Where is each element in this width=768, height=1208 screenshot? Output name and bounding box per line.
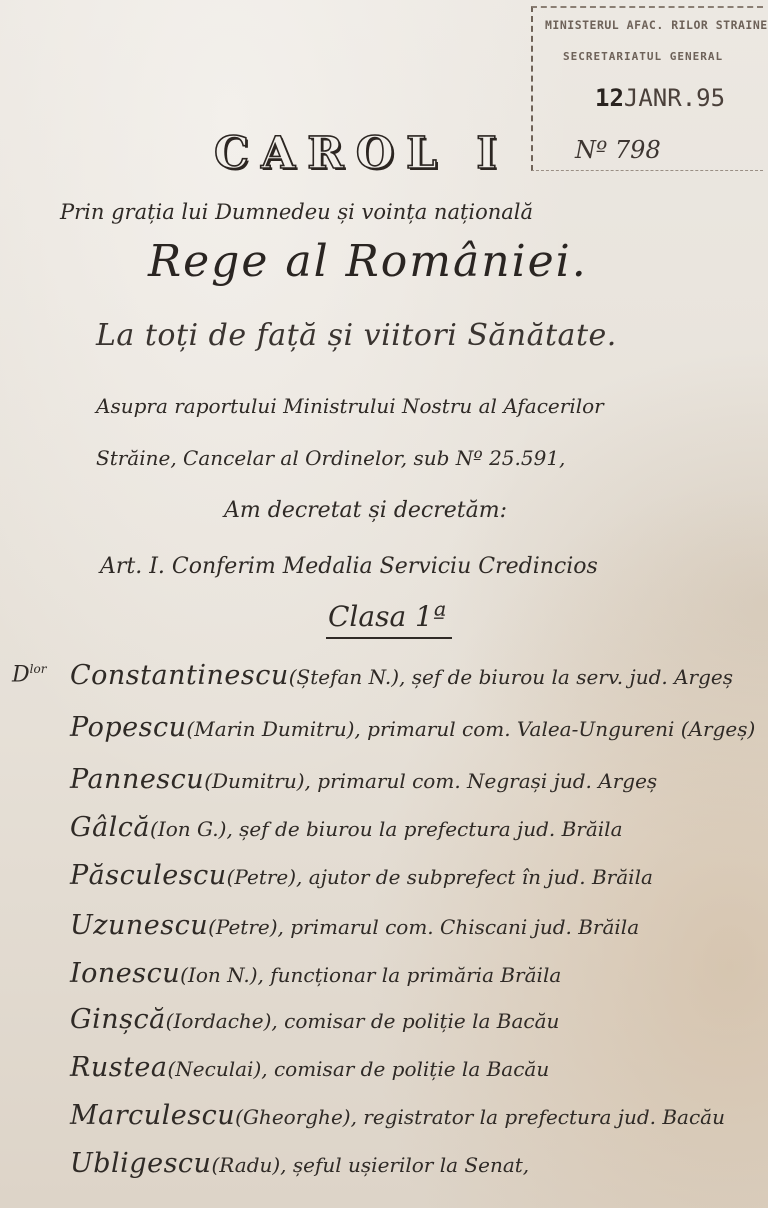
recipient-row: Dlor Constantinescu(Ștefan N.), șef de b… <box>0 660 768 720</box>
recipient-name: Ginșcă <box>70 1004 166 1035</box>
recipient-name: Constantinescu <box>70 660 289 691</box>
recipient-details: (Petre), ajutor de subprefect în jud. Br… <box>227 865 653 889</box>
recipient-details: (Neculai), comisar de poliție la Bacău <box>168 1057 550 1081</box>
decree-page: MINISTERUL AFAC. RILOR STRAINE SECRETARI… <box>0 0 768 1208</box>
honorific-prefix: Dlor <box>12 662 46 687</box>
stamp-date-day: 12 <box>595 84 624 112</box>
report-line-1: Asupra raportului Ministrului Nostru al … <box>96 394 604 418</box>
recipient-entry: Pannescu(Dumitru), primarul com. Negrași… <box>70 764 657 795</box>
recipient-name: Popescu <box>70 712 186 743</box>
stamp-ministry: MINISTERUL AFAC. RILOR STRAINE <box>545 18 760 32</box>
recipient-name: Pannescu <box>70 764 204 795</box>
honorific-letter: D <box>12 662 30 687</box>
recipient-details: (Ion N.), funcționar la primăria Brăila <box>180 963 561 987</box>
recipient-entry: Păsculescu(Petre), ajutor de subprefect … <box>70 860 653 891</box>
king-title: Rege al României. <box>148 236 588 287</box>
recipient-details: (Gheorghe), registrator la prefectura ju… <box>235 1105 725 1129</box>
recipient-details: (Ștefan N.), șef de biurou la serv. jud.… <box>289 665 733 689</box>
article-1: Art. I. Conferim Medalia Serviciu Credin… <box>100 554 598 579</box>
honorific-sup: lor <box>30 662 47 676</box>
recipient-details: (Petre), primarul com. Chiscani jud. Bră… <box>208 915 639 939</box>
recipient-name: Rustea <box>70 1052 168 1083</box>
recipient-entry: Gâlcă(Ion G.), șef de biurou la prefectu… <box>70 812 623 843</box>
recipient-name: Uzunescu <box>70 910 208 941</box>
recipient-row: Ubligescu(Radu), șeful ușierilor la Sena… <box>0 1148 768 1208</box>
recipient-entry: Ubligescu(Radu), șeful ușierilor la Sena… <box>70 1148 529 1179</box>
recipient-name: Păsculescu <box>70 860 227 891</box>
recipient-details: (Marin Dumitru), primarul com. Valea-Ung… <box>186 717 755 741</box>
recipient-entry: Popescu(Marin Dumitru), primarul com. Va… <box>70 712 755 743</box>
stamp-date: 12JANR.95 <box>595 84 725 112</box>
greeting: La toți de față și viitori Sănătate. <box>96 318 617 353</box>
recipient-details: (Dumitru), primarul com. Negrași jud. Ar… <box>204 769 657 793</box>
recipient-details: (Iordache), comisar de poliție la Bacău <box>166 1009 560 1033</box>
report-line-2: Străine, Cancelar al Ordinelor, sub Nº 2… <box>96 446 565 470</box>
recipient-entry: Ginșcă(Iordache), comisar de poliție la … <box>70 1004 559 1035</box>
document-title: CAROL I <box>214 128 509 179</box>
recipient-details: (Ion G.), șef de biurou la prefectura ju… <box>150 817 622 841</box>
grace-formula: Prin grația lui Dumnedeu și voința națio… <box>60 200 533 224</box>
stamp-number: Nº 798 <box>575 136 661 164</box>
decree-formula: Am decretat și decretăm: <box>224 498 507 523</box>
recipient-name: Marculescu <box>70 1100 235 1131</box>
recipient-details: (Radu), șeful ușierilor la Senat, <box>211 1153 529 1177</box>
recipient-name: Ionescu <box>70 958 180 989</box>
recipient-entry: Rustea(Neculai), comisar de poliție la B… <box>70 1052 549 1083</box>
recipient-entry: Ionescu(Ion N.), funcționar la primăria … <box>70 958 561 989</box>
recipient-entry: Constantinescu(Ștefan N.), șef de biurou… <box>70 660 733 691</box>
recipient-entry: Marculescu(Gheorghe), registrator la pre… <box>70 1100 725 1131</box>
recipient-entry: Uzunescu(Petre), primarul com. Chiscani … <box>70 910 639 941</box>
stamp-date-month-year: JANR.95 <box>624 84 725 112</box>
medal-class: Clasa 1ª <box>326 600 452 639</box>
recipient-name: Ubligescu <box>70 1148 211 1179</box>
stamp-department: SECRETARIATUL GENERAL <box>563 50 723 63</box>
recipient-row: Popescu(Marin Dumitru), primarul com. Va… <box>0 712 768 772</box>
registry-stamp: MINISTERUL AFAC. RILOR STRAINE SECRETARI… <box>531 6 763 171</box>
recipient-name: Gâlcă <box>70 812 150 843</box>
